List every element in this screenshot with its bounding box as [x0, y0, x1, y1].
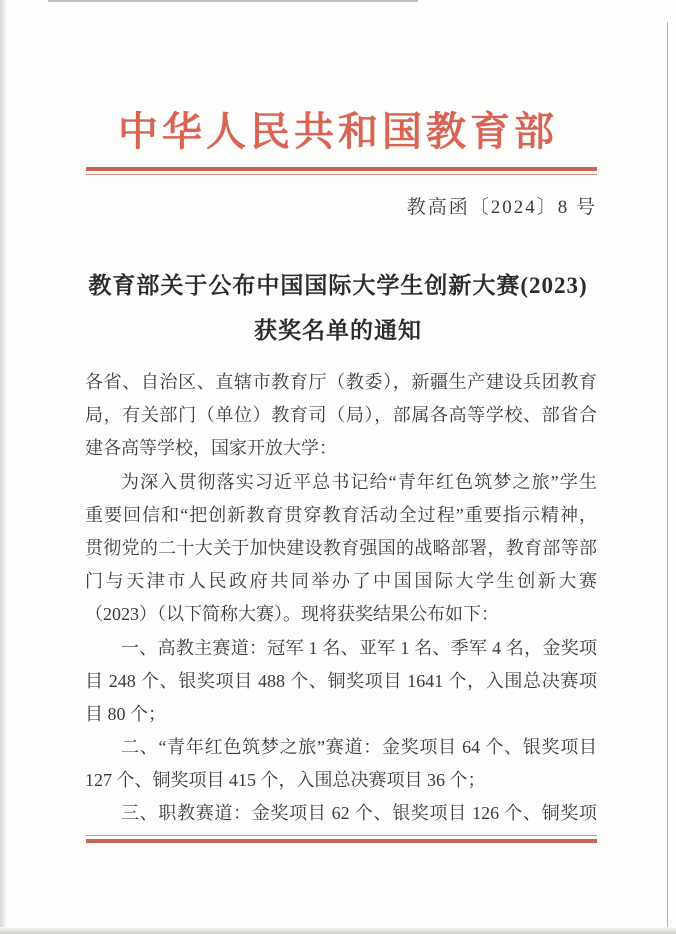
footer-double-rule — [86, 835, 597, 843]
footer-rule-thick — [86, 839, 597, 843]
body-line: 门与天津市人民政府共同举办了中国国际大学生创新大赛 — [85, 565, 597, 598]
agency-name-header: 中华人民共和国教育部 — [0, 100, 676, 157]
body-line: （2023）（以下简称大赛）。现将获奖结果公布如下： — [85, 598, 597, 631]
notice-body: 各省、自治区、直辖市教育厅（教委），新疆生产建设兵团教育 局，有关部门（单位）教… — [85, 366, 597, 831]
footer-rule-thin — [86, 835, 597, 836]
document-number: 教高函〔2024〕8 号 — [85, 192, 597, 219]
body-line: 127 个、铜奖项目 415 个，入围总决赛项目 36 个； — [85, 764, 597, 797]
notice-title-line2: 获奖名单的通知 — [0, 308, 676, 353]
notice-title: 教育部关于公布中国国际大学生创新大赛(2023) 获奖名单的通知 — [0, 263, 676, 353]
scan-edge-top — [48, 0, 418, 2]
header-double-rule — [86, 167, 597, 175]
body-line: 目 248 个、银奖项目 488 个、铜奖项目 1641 个，入围总决赛项 — [85, 665, 597, 698]
body-line: 贯彻党的二十大关于加快建设教育强国的战略部署，教育部等部 — [85, 532, 597, 565]
body-line: 一、高教主赛道：冠军 1 名、亚军 1 名、季军 4 名，金奖项 — [85, 632, 597, 665]
body-line: 目 80 个； — [85, 698, 597, 731]
body-line: 建各高等学校，国家开放大学： — [85, 432, 597, 465]
body-line: 重要回信和“把创新教育贯穿教育活动全过程”重要指示精神， — [85, 499, 597, 532]
scan-edge-right — [667, 22, 668, 927]
body-line: 二、“青年红色筑梦之旅”赛道：金奖项目 64 个、银奖项目 — [85, 731, 597, 764]
notice-title-line1: 教育部关于公布中国国际大学生创新大赛(2023) — [0, 263, 676, 308]
header-rule-thick — [86, 167, 597, 171]
body-line: 三、职教赛道：金奖项目 62 个、银奖项目 126 个、铜奖项 — [85, 797, 597, 830]
scan-edge-bottom — [0, 927, 676, 934]
body-line: 为深入贯彻落实习近平总书记给“青年红色筑梦之旅”学生 — [85, 466, 597, 499]
header-rule-thin — [86, 174, 597, 175]
body-line: 各省、自治区、直辖市教育厅（教委），新疆生产建设兵团教育 — [85, 366, 597, 399]
body-line: 局，有关部门（单位）教育司（局），部属各高等学校、部省合 — [85, 399, 597, 432]
scanned-notice-page: 中华人民共和国教育部 教高函〔2024〕8 号 教育部关于公布中国国际大学生创新… — [0, 0, 676, 934]
